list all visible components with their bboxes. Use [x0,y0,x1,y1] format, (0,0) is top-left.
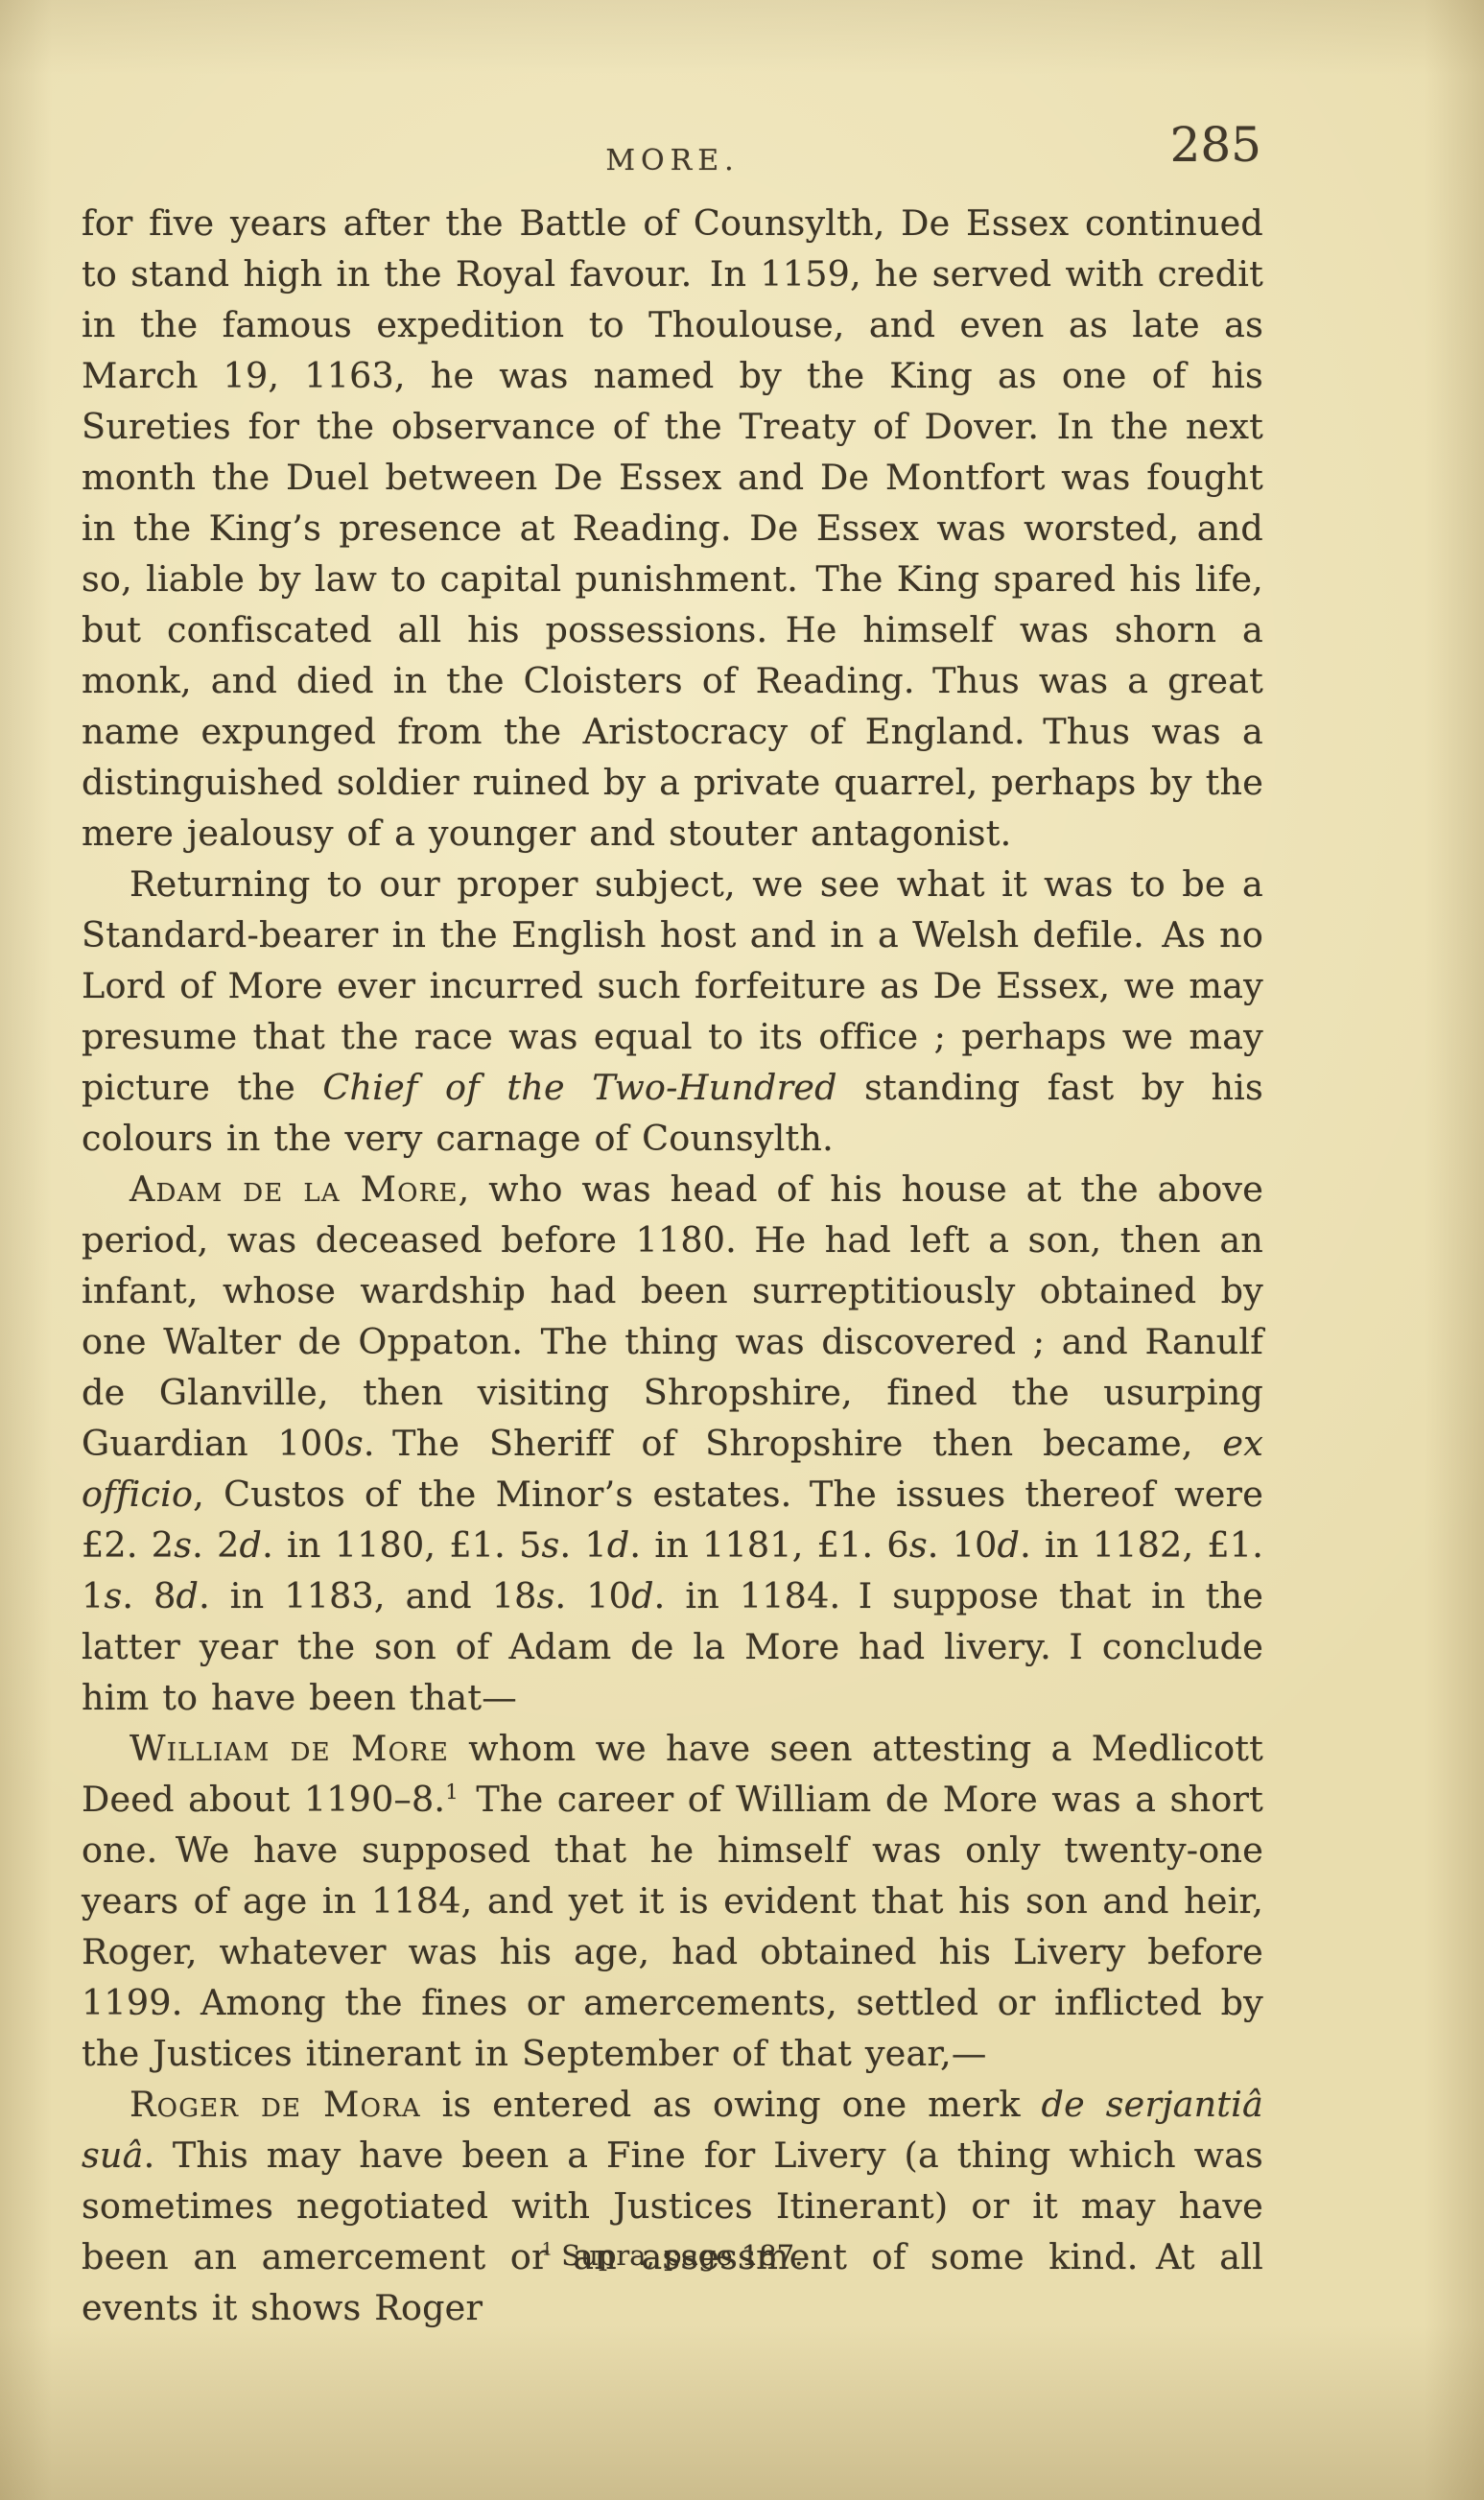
running-title: MORE. [82,144,1263,177]
text-segment: s [174,1524,192,1566]
text-segment: for five years after the Battle of Couns… [82,202,1263,854]
text-segment: s [104,1575,122,1616]
book-page-scan: MORE. 285 for five years after the Battl… [0,0,1484,2500]
paragraph: Adam de la More, who was head of his hou… [82,1164,1263,1723]
paragraph: William de More whom we have seen attest… [82,1723,1263,2079]
text-segment: . 2 [192,1524,239,1566]
text-segment: . 8 [122,1575,176,1616]
text-segment: Chief of the Two-Hundred [322,1067,836,1108]
paragraph: Returning to our proper subject, we see … [82,859,1263,1164]
footnote: 1 Supra, page 187. [82,2239,1263,2272]
text-segment: d [240,1524,263,1566]
text-segment: . in 1183, and 18 [199,1575,537,1616]
text-segment: , who was head of his house at the above… [82,1168,1263,1464]
text-segment: William de More [130,1728,449,1769]
page-number: 285 [1170,117,1261,173]
text-segment: d [631,1575,654,1616]
text-segment: Adam de la More [130,1168,459,1210]
text-segment: . in 1180, £1. 5 [262,1524,541,1566]
text-segment: is entered as owing one merk [421,2084,1042,2125]
text-segment: s [542,1524,560,1566]
text-segment: . 10 [928,1524,998,1566]
text-segment: s [345,1423,364,1464]
text-block: for five years after the Battle of Couns… [82,198,1263,2333]
paragraph: Roger de Mora is entered as owing one me… [82,2079,1263,2333]
text-segment: d [177,1575,200,1616]
footnote-reference-marker: 1 [445,1780,459,1804]
paragraph: for five years after the Battle of Couns… [82,198,1263,859]
text-segment: . The Sheriff of Shropshire then became, [364,1423,1223,1464]
footnote-text: Supra, page 187. [553,2239,803,2272]
text-segment: The career of William de More was a shor… [82,1779,1263,2074]
text-segment: s [909,1524,928,1566]
text-segment: . 1 [559,1524,606,1566]
text-segment: . in 1181, £1. 6 [629,1524,908,1566]
text-segment: d [607,1524,630,1566]
text-segment: d [998,1524,1021,1566]
text-segment: s [537,1575,555,1616]
text-segment: . 10 [555,1575,632,1616]
footnote-marker: 1 [542,2239,553,2259]
text-segment: . This may have been a Fine for Livery (… [82,2134,1263,2328]
text-segment: Roger de Mora [130,2084,421,2125]
